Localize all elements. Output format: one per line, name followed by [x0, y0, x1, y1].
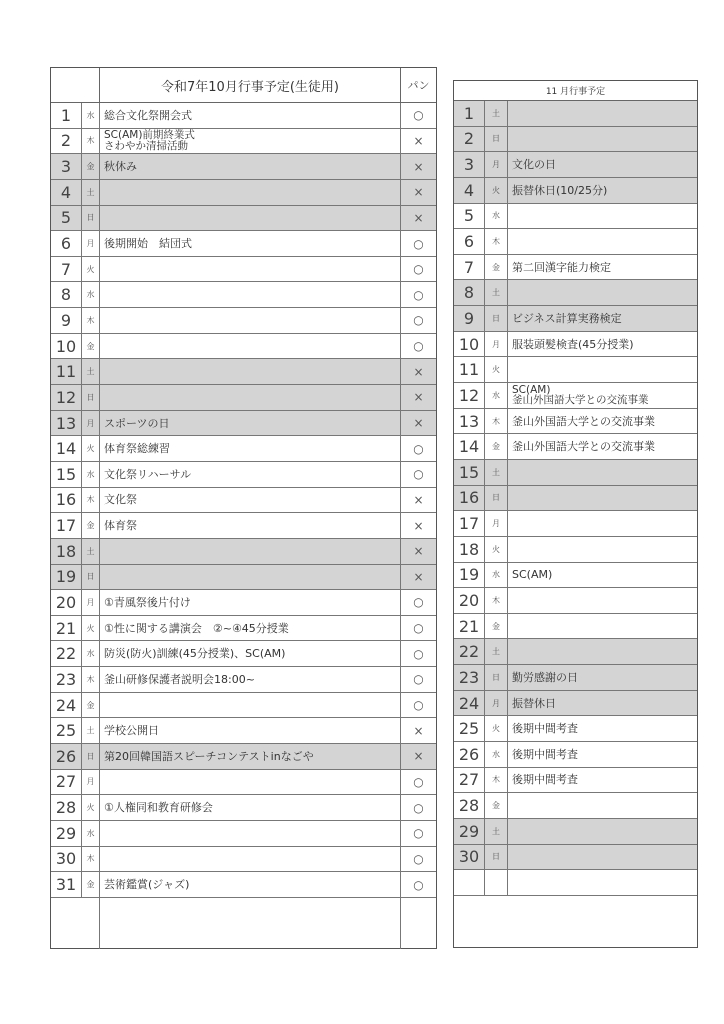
table-row: 6月後期開始 結団式○ [51, 231, 436, 257]
day-number: 14 [454, 434, 485, 459]
table-row: 18火 [454, 537, 697, 563]
october-rows: 1水総合文化祭開会式○2木SC(AM)前期終業式 さわやか清掃活動×3金秋休み×… [51, 103, 436, 949]
table-row: 22水防災(防火)訓練(45分授業)、SC(AM)○ [51, 641, 436, 667]
table-row: 12水SC(AM) 釜山外国語大学との交流事業 [454, 383, 697, 409]
day-of-week: 日 [82, 565, 100, 590]
table-row: 2木SC(AM)前期終業式 さわやか清掃活動× [51, 129, 436, 155]
table-row: 23木釜山研修保護者説明会18:00~○ [51, 667, 436, 693]
day-of-week: 土 [485, 819, 508, 844]
day-number: 24 [454, 691, 485, 716]
pan-mark: × [401, 565, 436, 590]
day-number: 19 [454, 563, 485, 588]
event-text: 服装頭髪検査(45分授業) [508, 332, 697, 357]
pan-mark: × [401, 513, 436, 538]
pan-mark: ○ [401, 103, 436, 128]
day-number: 25 [454, 716, 485, 741]
day-of-week: 日 [485, 127, 508, 152]
day-of-week: 土 [82, 539, 100, 564]
table-row: 27木後期中間考査 [454, 768, 697, 794]
table-row: 1水総合文化祭開会式○ [51, 103, 436, 129]
table-row: 20木 [454, 588, 697, 614]
event-text: 文化の日 [508, 152, 697, 177]
table-row: 1土 [454, 101, 697, 127]
day-of-week: 火 [485, 537, 508, 562]
day-number: 13 [51, 411, 82, 436]
event-text [508, 486, 697, 511]
event-text [100, 180, 401, 205]
event-text: ①青風祭後片付け [100, 590, 401, 615]
day-of-week: 月 [485, 511, 508, 536]
event-text [508, 614, 697, 639]
day-of-week: 水 [82, 462, 100, 487]
table-row: 19水SC(AM) [454, 563, 697, 589]
pan-mark: ○ [401, 847, 436, 872]
event-text: 学校公開日 [100, 718, 401, 743]
table-row: 15水文化祭リハーサル○ [51, 462, 436, 488]
day-of-week: 月 [485, 152, 508, 177]
blank-cell [401, 898, 436, 949]
pan-mark: ○ [401, 257, 436, 282]
day-of-week: 水 [82, 641, 100, 666]
day-of-week: 月 [82, 231, 100, 256]
table-row: 15土 [454, 460, 697, 486]
event-text [508, 204, 697, 229]
day-of-week: 木 [485, 229, 508, 254]
table-row: 16日 [454, 486, 697, 512]
table-row: 28金 [454, 793, 697, 819]
day-number: 4 [454, 178, 485, 203]
day-number: 11 [454, 357, 485, 382]
day-number: 27 [51, 770, 82, 795]
day-of-week: 火 [82, 257, 100, 282]
table-row: 12日× [51, 385, 436, 411]
day-number: 7 [51, 257, 82, 282]
day-number: 14 [51, 436, 82, 461]
day-number: 11 [51, 359, 82, 384]
day-of-week: 月 [485, 691, 508, 716]
table-row: 31金芸術鑑賞(ジャズ)○ [51, 872, 436, 898]
pan-mark: ○ [401, 641, 436, 666]
day-of-week: 火 [82, 795, 100, 820]
day-of-week: 水 [82, 103, 100, 128]
table-row: 29水○ [51, 821, 436, 847]
event-text: 後期開始 結団式 [100, 231, 401, 256]
event-text [100, 847, 401, 872]
day-number: 27 [454, 768, 485, 793]
day-of-week: 火 [82, 616, 100, 641]
november-rows: 1土2日3月文化の日4火振替休日(10/25分)5水6木7金第二回漢字能力検定8… [454, 101, 697, 896]
day-number: 23 [454, 665, 485, 690]
table-row: 17金体育祭× [51, 513, 436, 539]
day-of-week: 土 [485, 280, 508, 305]
table-row: 3金秋休み× [51, 154, 436, 180]
event-text: ①性に関する講演会 ②~④45分授業 [100, 616, 401, 641]
table-row: 21火①性に関する講演会 ②~④45分授業○ [51, 616, 436, 642]
pan-mark: × [401, 129, 436, 154]
table-row: 11土× [51, 359, 436, 385]
day-of-week: 土 [82, 359, 100, 384]
table-row: 11火 [454, 357, 697, 383]
day-of-week: 火 [485, 357, 508, 382]
day-number: 10 [454, 332, 485, 357]
blank-cell [454, 870, 485, 895]
event-text [508, 639, 697, 664]
pan-mark: × [401, 180, 436, 205]
event-text [100, 693, 401, 718]
day-number: 17 [51, 513, 82, 538]
day-of-week: 火 [485, 716, 508, 741]
day-of-week: 金 [82, 513, 100, 538]
table-row: 21金 [454, 614, 697, 640]
blank-row [51, 898, 436, 949]
pan-mark: ○ [401, 821, 436, 846]
day-number: 15 [51, 462, 82, 487]
table-row: 13木釜山外国語大学との交流事業 [454, 409, 697, 435]
event-text: ビジネス計算実務検定 [508, 306, 697, 331]
day-of-week: 月 [485, 332, 508, 357]
day-of-week: 木 [82, 488, 100, 513]
day-of-week: 日 [485, 845, 508, 870]
table-row: 23日勤労感謝の日 [454, 665, 697, 691]
pan-mark: × [401, 488, 436, 513]
day-of-week: 木 [485, 588, 508, 613]
day-of-week: 土 [485, 460, 508, 485]
table-row: 24月振替休日 [454, 691, 697, 717]
event-text: 勤労感謝の日 [508, 665, 697, 690]
day-of-week: 月 [82, 590, 100, 615]
event-text: SC(AM)前期終業式 さわやか清掃活動 [100, 129, 401, 154]
pan-mark: ○ [401, 231, 436, 256]
day-number: 5 [454, 204, 485, 229]
table-row: 14金釜山外国語大学との交流事業 [454, 434, 697, 460]
day-of-week: 日 [82, 385, 100, 410]
pan-mark: ○ [401, 872, 436, 897]
november-table-header: 11 月行事予定 [454, 81, 697, 101]
event-text: 芸術鑑賞(ジャズ) [100, 872, 401, 897]
pan-mark: ○ [401, 334, 436, 359]
table-row: 13月スポーツの日× [51, 411, 436, 437]
table-row: 5水 [454, 204, 697, 230]
day-number: 3 [51, 154, 82, 179]
table-row: 25土学校公開日× [51, 718, 436, 744]
event-text [100, 334, 401, 359]
table-row: 20月①青風祭後片付け○ [51, 590, 436, 616]
pan-mark: × [401, 539, 436, 564]
pan-mark: × [401, 385, 436, 410]
pan-mark: ○ [401, 616, 436, 641]
day-number: 24 [51, 693, 82, 718]
event-text [100, 282, 401, 307]
day-number: 8 [51, 282, 82, 307]
pan-mark: × [401, 154, 436, 179]
event-text [508, 460, 697, 485]
day-number: 29 [454, 819, 485, 844]
table-row: 19日× [51, 565, 436, 591]
event-text [508, 845, 697, 870]
event-text [508, 229, 697, 254]
event-text: 第20回韓国語スピーチコンテストinなごや [100, 744, 401, 769]
day-of-week: 日 [82, 206, 100, 231]
table-row: 7火○ [51, 257, 436, 283]
day-number: 12 [51, 385, 82, 410]
event-text: ①人権同和教育研修会 [100, 795, 401, 820]
day-number: 30 [454, 845, 485, 870]
day-of-week: 金 [485, 614, 508, 639]
event-text [100, 308, 401, 333]
day-number: 22 [51, 641, 82, 666]
table-row: 26水後期中間考査 [454, 742, 697, 768]
event-text: 振替休日(10/25分) [508, 178, 697, 203]
day-of-week: 木 [82, 308, 100, 333]
blank-row [454, 870, 697, 896]
table-row: 25火後期中間考査 [454, 716, 697, 742]
day-number: 26 [51, 744, 82, 769]
pan-mark: ○ [401, 590, 436, 615]
event-text [100, 206, 401, 231]
day-number: 7 [454, 255, 485, 280]
day-of-week: 月 [82, 411, 100, 436]
table-row: 2日 [454, 127, 697, 153]
pan-mark: × [401, 359, 436, 384]
day-number: 19 [51, 565, 82, 590]
day-of-week: 木 [82, 129, 100, 154]
table-row: 16木文化祭× [51, 488, 436, 514]
pan-mark: × [401, 744, 436, 769]
event-text: 総合文化祭開会式 [100, 103, 401, 128]
day-number: 16 [51, 488, 82, 513]
day-number: 16 [454, 486, 485, 511]
event-text: 文化祭 [100, 488, 401, 513]
day-number: 21 [454, 614, 485, 639]
blank-cell [508, 870, 697, 895]
day-of-week: 木 [485, 409, 508, 434]
day-number: 18 [51, 539, 82, 564]
table-row: 6木 [454, 229, 697, 255]
day-number: 1 [51, 103, 82, 128]
event-text: 後期中間考査 [508, 716, 697, 741]
table-row: 4火振替休日(10/25分) [454, 178, 697, 204]
day-number: 8 [454, 280, 485, 305]
day-number: 10 [51, 334, 82, 359]
day-number: 21 [51, 616, 82, 641]
event-text: SC(AM) 釜山外国語大学との交流事業 [508, 383, 697, 408]
event-text [100, 565, 401, 590]
event-text: 釜山外国語大学との交流事業 [508, 409, 697, 434]
day-number: 20 [454, 588, 485, 613]
october-schedule-table: 令和7年10月行事予定(生徒用) パン 1水総合文化祭開会式○2木SC(AM)前… [50, 67, 437, 949]
table-row: 18土× [51, 539, 436, 565]
day-number: 31 [51, 872, 82, 897]
event-text: 秋休み [100, 154, 401, 179]
table-row: 27月○ [51, 770, 436, 796]
event-text: 後期中間考査 [508, 768, 697, 793]
table-row: 30日 [454, 845, 697, 871]
table-row: 28火①人権同和教育研修会○ [51, 795, 436, 821]
table-row: 5日× [51, 206, 436, 232]
day-of-week: 水 [82, 821, 100, 846]
pan-mark: × [401, 206, 436, 231]
blank-cell [100, 898, 401, 949]
day-of-week: 土 [485, 639, 508, 664]
event-text [508, 357, 697, 382]
day-of-week: 水 [485, 563, 508, 588]
pan-mark: ○ [401, 436, 436, 461]
event-text [100, 359, 401, 384]
table-row: 29土 [454, 819, 697, 845]
day-of-week: 日 [485, 306, 508, 331]
day-of-week: 月 [82, 770, 100, 795]
day-number: 12 [454, 383, 485, 408]
pan-mark: ○ [401, 795, 436, 820]
day-of-week: 日 [485, 665, 508, 690]
event-text [100, 770, 401, 795]
day-of-week: 日 [485, 486, 508, 511]
event-text [508, 819, 697, 844]
october-table-header: 令和7年10月行事予定(生徒用) パン [51, 68, 436, 103]
pan-mark: ○ [401, 693, 436, 718]
table-row: 26日第20回韓国語スピーチコンテストinなごや× [51, 744, 436, 770]
header-blank-cell [51, 68, 100, 102]
november-title: 11 月行事予定 [454, 81, 697, 100]
day-number: 17 [454, 511, 485, 536]
event-text: 釜山外国語大学との交流事業 [508, 434, 697, 459]
day-of-week: 金 [485, 434, 508, 459]
day-of-week: 水 [485, 383, 508, 408]
table-row: 22土 [454, 639, 697, 665]
day-of-week: 土 [82, 718, 100, 743]
blank-cell [485, 870, 508, 895]
day-number: 23 [51, 667, 82, 692]
day-of-week: 土 [82, 180, 100, 205]
pan-mark: × [401, 718, 436, 743]
table-row: 3月文化の日 [454, 152, 697, 178]
table-row: 4土× [51, 180, 436, 206]
pan-mark: × [401, 411, 436, 436]
pan-mark: ○ [401, 667, 436, 692]
day-number: 28 [454, 793, 485, 818]
day-of-week: 木 [82, 667, 100, 692]
table-row: 8水○ [51, 282, 436, 308]
day-number: 30 [51, 847, 82, 872]
day-of-week: 日 [82, 744, 100, 769]
day-number: 9 [454, 306, 485, 331]
table-row: 10金○ [51, 334, 436, 360]
day-of-week: 水 [485, 742, 508, 767]
event-text [100, 821, 401, 846]
event-text [508, 537, 697, 562]
day-number: 25 [51, 718, 82, 743]
event-text [508, 280, 697, 305]
event-text [508, 101, 697, 126]
table-row: 24金○ [51, 693, 436, 719]
blank-cell [51, 898, 100, 949]
table-row: 9日ビジネス計算実務検定 [454, 306, 697, 332]
day-number: 3 [454, 152, 485, 177]
day-number: 20 [51, 590, 82, 615]
event-text [100, 385, 401, 410]
pan-mark: ○ [401, 308, 436, 333]
day-of-week: 木 [485, 768, 508, 793]
day-of-week: 金 [82, 693, 100, 718]
pan-mark: ○ [401, 770, 436, 795]
day-number: 6 [51, 231, 82, 256]
event-text [100, 257, 401, 282]
pan-mark: ○ [401, 462, 436, 487]
day-of-week: 金 [82, 872, 100, 897]
day-number: 29 [51, 821, 82, 846]
pan-mark: ○ [401, 282, 436, 307]
day-number: 26 [454, 742, 485, 767]
event-text: 体育祭総練習 [100, 436, 401, 461]
day-of-week: 水 [485, 204, 508, 229]
day-number: 18 [454, 537, 485, 562]
event-text: SC(AM) [508, 563, 697, 588]
pan-header: パン [401, 68, 436, 102]
table-row: 8土 [454, 280, 697, 306]
day-number: 2 [454, 127, 485, 152]
table-row: 7金第二回漢字能力検定 [454, 255, 697, 281]
event-text [508, 793, 697, 818]
event-text: スポーツの日 [100, 411, 401, 436]
event-text: 釜山研修保護者説明会18:00~ [100, 667, 401, 692]
event-text: 後期中間考査 [508, 742, 697, 767]
day-number: 13 [454, 409, 485, 434]
day-of-week: 火 [82, 436, 100, 461]
day-of-week: 金 [82, 334, 100, 359]
day-number: 2 [51, 129, 82, 154]
table-row: 9木○ [51, 308, 436, 334]
day-of-week: 金 [485, 255, 508, 280]
event-text [508, 588, 697, 613]
event-text [508, 511, 697, 536]
day-number: 15 [454, 460, 485, 485]
november-schedule-table: 11 月行事予定 1土2日3月文化の日4火振替休日(10/25分)5水6木7金第… [453, 80, 698, 948]
event-text [508, 127, 697, 152]
day-of-week: 金 [485, 793, 508, 818]
day-of-week: 火 [485, 178, 508, 203]
event-text: 防災(防火)訓練(45分授業)、SC(AM) [100, 641, 401, 666]
october-title: 令和7年10月行事予定(生徒用) [100, 68, 401, 102]
day-of-week: 木 [82, 847, 100, 872]
day-number: 1 [454, 101, 485, 126]
event-text: 振替休日 [508, 691, 697, 716]
day-number: 6 [454, 229, 485, 254]
day-number: 9 [51, 308, 82, 333]
day-of-week: 金 [82, 154, 100, 179]
table-row: 14火体育祭総練習○ [51, 436, 436, 462]
day-number: 28 [51, 795, 82, 820]
event-text: 文化祭リハーサル [100, 462, 401, 487]
day-number: 22 [454, 639, 485, 664]
event-text: 体育祭 [100, 513, 401, 538]
day-number: 5 [51, 206, 82, 231]
table-row: 30木○ [51, 847, 436, 873]
table-row: 17月 [454, 511, 697, 537]
event-text: 第二回漢字能力検定 [508, 255, 697, 280]
day-number: 4 [51, 180, 82, 205]
table-row: 10月服装頭髪検査(45分授業) [454, 332, 697, 358]
day-of-week: 土 [485, 101, 508, 126]
day-of-week: 水 [82, 282, 100, 307]
event-text [100, 539, 401, 564]
